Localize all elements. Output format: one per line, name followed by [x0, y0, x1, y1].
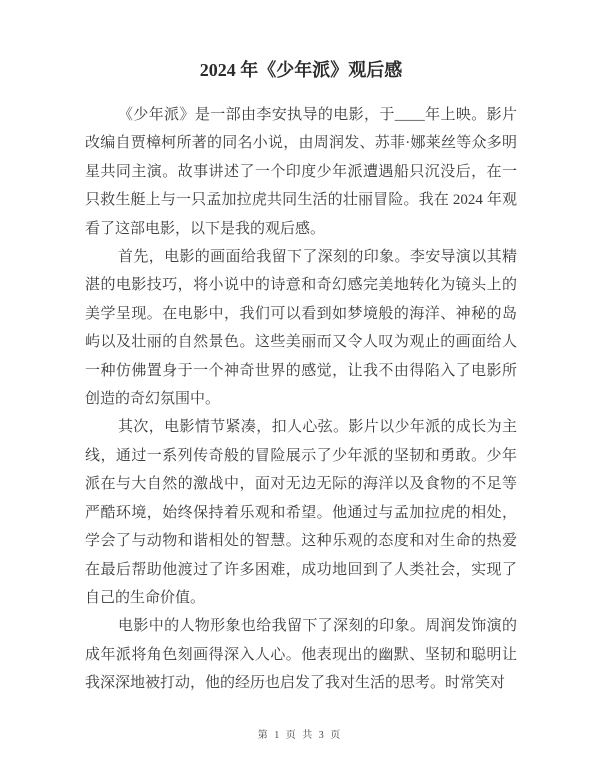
document-page: 2024 年《少年派》观后感 《少年派》是一部由李安执导的电影，于____年上映… — [0, 0, 600, 776]
paragraph-characters: 电影中的人物形象也给我留下了深刻的印象。周润发饰演的成年派将角色刻画得深入人心。… — [85, 612, 517, 697]
paragraph-plot: 其次，电影情节紧凑，扣人心弦。影片以少年派的成长为主线，通过一系列传奇般的冒险展… — [85, 413, 517, 612]
document-content: 2024 年《少年派》观后感 《少年派》是一部由李安执导的电影，于____年上映… — [85, 57, 517, 698]
paragraph-visuals: 首先，电影的画面给我留下了深刻的印象。李安导演以其精湛的电影技巧，将小说中的诗意… — [85, 243, 517, 413]
page-footer: 第 1 页 共 3 页 — [0, 726, 600, 741]
paragraph-intro: 《少年派》是一部由李安执导的电影，于____年上映。影片改编自贾樟柯所著的同名小… — [85, 101, 517, 243]
document-title: 2024 年《少年派》观后感 — [85, 57, 517, 83]
